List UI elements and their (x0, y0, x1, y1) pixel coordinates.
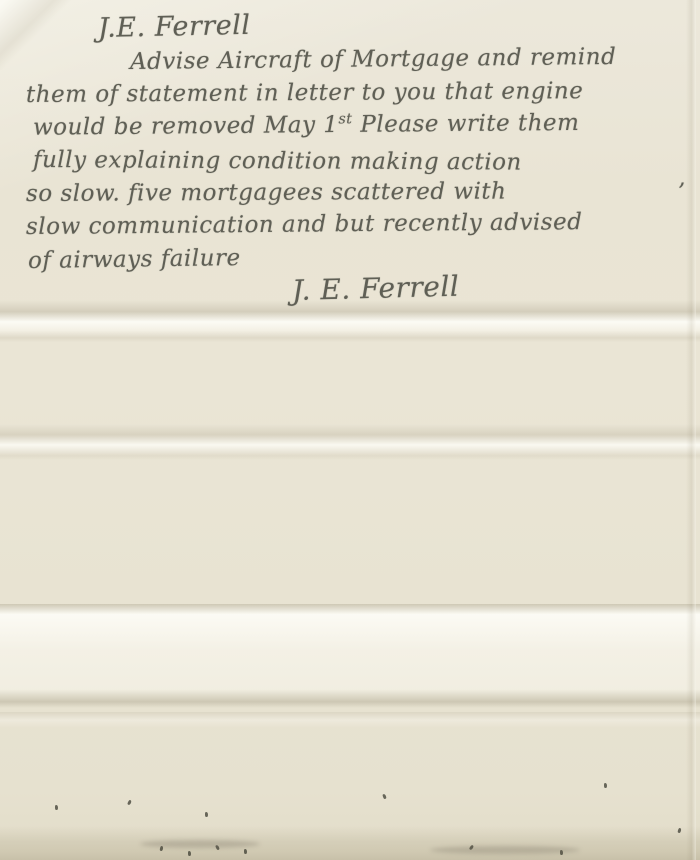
note-line: slow communication and but recently advi… (26, 209, 583, 240)
ordinal-superscript: st (338, 111, 352, 127)
paper-fold-crease (0, 712, 700, 728)
note-line: would be removed May 1st Please write th… (33, 109, 580, 140)
ink-speck (188, 851, 191, 856)
ink-speck (55, 805, 58, 810)
pencil-smudge (140, 840, 260, 848)
note-line: Advise Aircraft of Mortgage and remind (130, 44, 617, 75)
pencil-smudge (430, 846, 580, 854)
ink-speck (215, 845, 220, 851)
ink-speck (205, 812, 208, 817)
note-line-text: Please write them (352, 110, 579, 138)
paper-fold-crease (0, 300, 700, 342)
note-header-name: J.E. Ferrell (98, 10, 251, 44)
scanned-letter-page: J.E. Ferrell Advise Aircraft of Mortgage… (0, 0, 700, 860)
note-line: so slow. five mortgagees scattered with (26, 178, 507, 207)
note-line: them of statement in letter to you that … (26, 78, 583, 108)
ink-speck (127, 800, 132, 806)
ink-speck (677, 828, 682, 834)
note-line-text: would be removed May 1 (33, 112, 339, 141)
paper-vertical-crease (686, 0, 696, 860)
ink-speck (604, 783, 607, 788)
ink-speck (560, 850, 563, 855)
signature: J. E. Ferrell (292, 270, 460, 307)
ink-speck (469, 845, 475, 851)
paper-corner-crease (0, 0, 90, 70)
paper-bottom-shadow (0, 826, 700, 860)
paper-fold-crease (0, 424, 700, 460)
note-line: of airways failure (28, 245, 241, 274)
paper-fold-crease (0, 604, 700, 708)
ink-speck (382, 794, 387, 800)
ink-speck (244, 849, 247, 854)
ink-speck (159, 846, 163, 852)
stray-pencil-mark: ’ (678, 180, 686, 205)
note-line: fully explaining condition making action (33, 147, 522, 176)
